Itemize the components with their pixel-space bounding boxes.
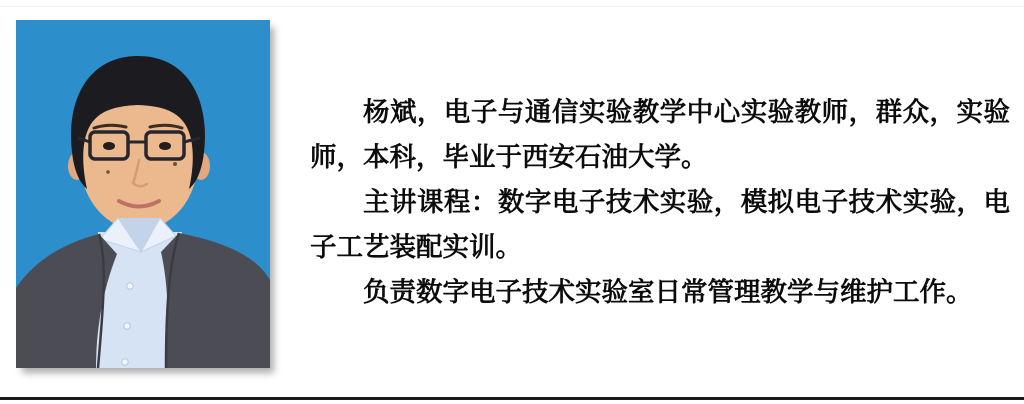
- mole-left-cheek: [106, 170, 110, 174]
- eye-right: [159, 142, 171, 150]
- shirt-button: [127, 283, 133, 289]
- bio-paragraph-intro: 杨斌，电子与通信实验教学中心实验教师，群众，实验师，本科，毕业于西安石油大学。: [310, 90, 1010, 180]
- shirt-button: [124, 323, 130, 329]
- bio-paragraph-duties: 负责数字电子技术实验室日常管理教学与维护工作。: [310, 270, 1010, 315]
- eye-left: [103, 142, 115, 150]
- bio-text: 杨斌，电子与通信实验教学中心实验教师，群众，实验师，本科，毕业于西安石油大学。 …: [310, 90, 1010, 315]
- bio-paragraph-courses: 主讲课程：数字电子技术实验，模拟电子技术实验，电子工艺装配实训。: [310, 180, 1010, 270]
- top-hairline: [0, 6, 1024, 7]
- shirt-button: [122, 359, 128, 365]
- portrait-photo: [16, 20, 270, 368]
- portrait-illustration: [16, 20, 270, 368]
- bottom-rule: [0, 397, 1024, 400]
- mole-right-cheek: [173, 162, 177, 166]
